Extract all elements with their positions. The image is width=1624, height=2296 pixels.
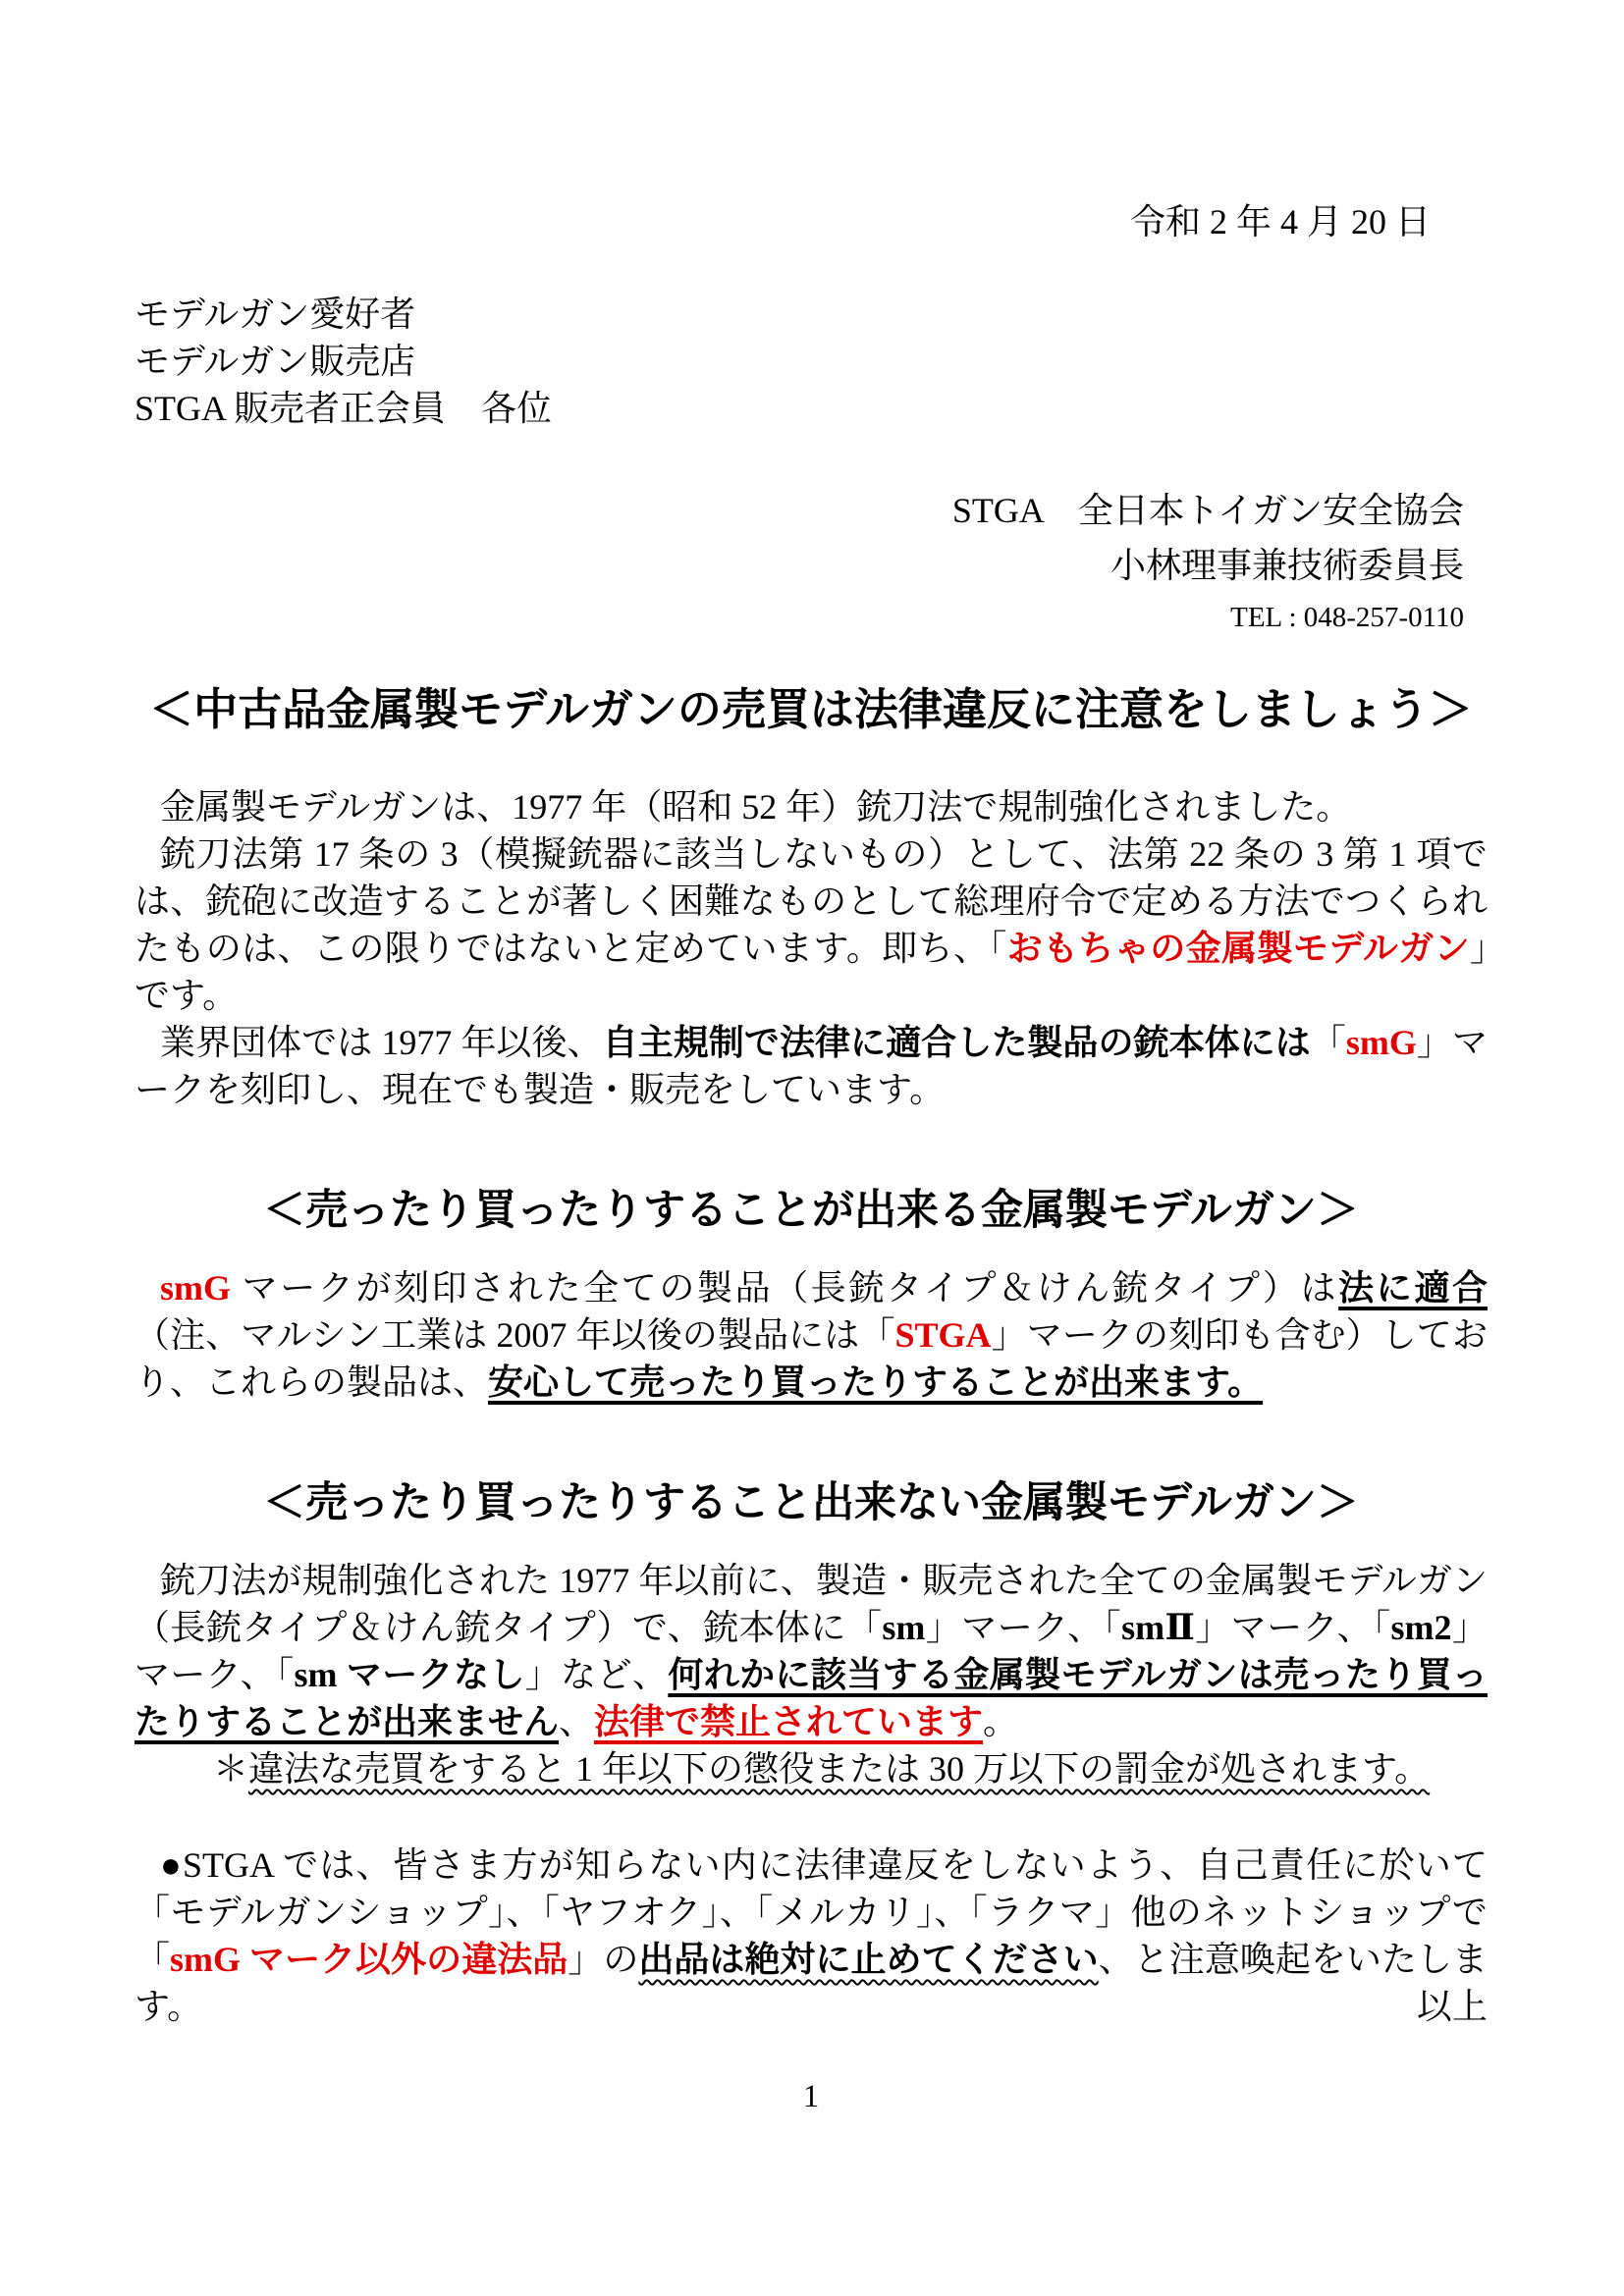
net-shops-sep: 」の: [568, 1940, 638, 1979]
prohibited-by-law-emphasis: 法律で禁止されています: [594, 1702, 983, 1741]
closing-ijou: 以上: [1417, 1983, 1488, 2030]
unsellable-comma: 、: [559, 1702, 594, 1741]
sm-mark-emphasis: sm: [882, 1608, 925, 1647]
document-content: 令和 2 年 4 月 20 日 モデルガン愛好者 モデルガン販売店 STGA 販…: [0, 0, 1624, 2116]
page-number: 1: [135, 2077, 1488, 2116]
paragraph-penalty: ＊違法な売買をすると 1 年以下の懲役または 30 万以下の罰金が処されます。: [135, 1745, 1488, 1792]
sender-block: STGA 全日本トイガン安全協会 小林理事兼技術委員長 TEL : 048-25…: [135, 487, 1488, 634]
no-sm-mark-emphasis: sm マークなし: [294, 1655, 524, 1694]
intro-text: 金属製モデルガンは、1977 年（昭和 52 年）銃刀法で規制強化されました。: [160, 787, 1351, 827]
paragraph-intro: 金属製モデルガンは、1977 年（昭和 52 年）銃刀法で規制強化されました。: [135, 783, 1488, 830]
stga-mark-emphasis: STGA: [894, 1315, 991, 1355]
sm2-roman-mark-emphasis: smⅡ: [1121, 1608, 1195, 1647]
recipient-line-enthusiasts: モデルガン愛好者: [135, 291, 1488, 338]
asterisk-marker: ＊: [213, 1749, 248, 1789]
paragraph-unsellable: 銃刀法が規制強化された 1977 年以前に、製造・販売された全ての金属製モデルガ…: [135, 1557, 1488, 1745]
section-title-sellable: ＜売ったり買ったりすることが出来る金属製モデルガン＞: [135, 1184, 1488, 1239]
self-regulation-emphasis: 自主規制で法律に適合した製品の銃本体には: [603, 1023, 1311, 1062]
unsellable-sep4: 」など、: [525, 1655, 669, 1694]
paragraph-sellable: smG マークが刻印された全ての製品（長銃タイプ＆けん銃タイプ）は法に適合（注、…: [135, 1264, 1488, 1406]
industry-bracket: 「: [1311, 1023, 1346, 1062]
smg-mark-emphasis: smG: [1346, 1023, 1417, 1062]
paragraph-net-shops: ●STGA では、皆さま方が知らない内に法律違反をしないよう、自己責任に於いて「…: [135, 1842, 1488, 2030]
paragraph-law: 銃刀法第 17 条の 3（模擬銃器に該当しないもの）として、法第 22 条の 3…: [135, 830, 1488, 1019]
safe-trade-emphasis: 安心して売ったり買ったりすることが出来ます。: [488, 1362, 1263, 1402]
unsellable-sep2: 」マーク、「: [1195, 1608, 1390, 1647]
document-title: ＜中古品金属製モデルガンの売買は法律違反に注意をしましょう＞: [135, 681, 1488, 738]
recipient-block: モデルガン愛好者 モデルガン販売店 STGA 販売者正会員 各位: [135, 291, 1488, 432]
paragraph-industry: 業界団体では 1977 年以後、自主規制で法律に適合した製品の銃本体には「smG…: [135, 1019, 1488, 1113]
sellable-text: マークが刻印された全ての製品（長銃タイプ＆けん銃タイプ）は: [231, 1268, 1338, 1308]
stop-listing-emphasis: 出品は絶対に止めてください: [638, 1940, 1098, 1979]
section-title-unsellable: ＜売ったり買ったりすること出来ない金属製モデルガン＞: [135, 1476, 1488, 1531]
sender-telephone: TEL : 048-257-0110: [135, 601, 1464, 634]
date-line: 令和 2 年 4 月 20 日: [135, 198, 1488, 245]
sellable-note: （注、マルシン工業は 2007 年以後の製品には「: [135, 1315, 894, 1355]
document-page: 令和 2 年 4 月 20 日 モデルガン愛好者 モデルガン販売店 STGA 販…: [0, 0, 1624, 2296]
sender-representative: 小林理事兼技術委員長: [135, 542, 1464, 589]
toy-metal-modelgun-emphasis: おもちゃの金属製モデルガン: [1007, 929, 1470, 968]
illegal-items-emphasis: smG マーク以外の違法品: [170, 1940, 568, 1979]
legal-conformity-emphasis: 法に適合: [1338, 1268, 1488, 1308]
recipient-line-shops: モデルガン販売店: [135, 338, 1488, 385]
unsellable-period: 。: [983, 1702, 1018, 1741]
smg-mark-emphasis: smG: [160, 1268, 231, 1308]
industry-text: 業界団体では 1977 年以後、: [160, 1023, 603, 1062]
recipient-line-members: STGA 販売者正会員 各位: [135, 385, 1488, 432]
unsellable-sep1: 」マーク、「: [925, 1608, 1121, 1647]
penalty-warning: 違法な売買をすると 1 年以下の懲役または 30 万以下の罰金が処されます。: [248, 1749, 1430, 1789]
sender-organization: STGA 全日本トイガン安全協会: [135, 487, 1464, 534]
sm2-mark-emphasis: sm2: [1391, 1608, 1452, 1647]
